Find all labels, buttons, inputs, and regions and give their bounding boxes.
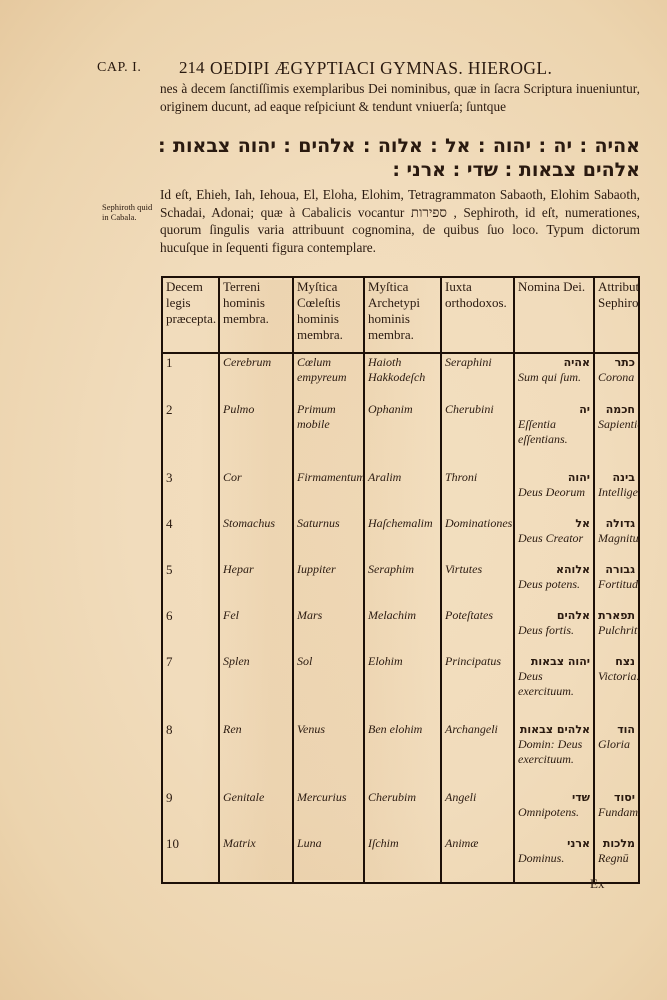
- sephira-latin: Fortitudo: [598, 577, 639, 591]
- archetypi-membrum: Aralim: [364, 469, 441, 515]
- divine-name-hebrew: יהוה: [518, 470, 590, 485]
- table-row: 6FelMarsMelachimPoteſtatesאלהיםDeus fort…: [162, 607, 639, 653]
- sephira-hebrew: כתר: [598, 355, 635, 370]
- divine-name-latin: Deus Deorum: [518, 485, 585, 499]
- sephira-hebrew: חכמה: [598, 402, 635, 417]
- archetypi-membrum: Elohim: [364, 653, 441, 721]
- divine-name-hebrew: אלהים: [518, 608, 590, 623]
- orthodoxos-order: Dominationes: [441, 515, 514, 561]
- orthodoxos-order: Seraphini: [441, 353, 514, 401]
- coelestis-membrum: Mercurius: [293, 789, 364, 835]
- sephira-hebrew: נצח: [598, 654, 635, 669]
- orthodoxos-order: Cherubini: [441, 401, 514, 469]
- archetypi-membrum: Iſchim: [364, 835, 441, 883]
- terreni-membrum: Genitale: [219, 789, 293, 835]
- coelestis-membrum: Primum mobile: [293, 401, 364, 469]
- archetypi-membrum: Haſchemalim: [364, 515, 441, 561]
- archetypi-membrum: Haioth Hakkodeſch: [364, 353, 441, 401]
- coelestis-membrum: Venus: [293, 721, 364, 789]
- praeceptum-number: 7: [162, 653, 219, 721]
- catchword: Ex: [590, 876, 604, 892]
- coelestis-membrum: Firmamentum: [293, 469, 364, 515]
- sephira-latin: Corona: [598, 370, 634, 384]
- sephira-hebrew: גבורה: [598, 562, 635, 577]
- divine-name: ארניDominus.: [514, 835, 594, 883]
- running-head: CAP. I. 214 OEDIPI ÆGYPTIACI GYMNAS. HIE…: [97, 58, 657, 82]
- sephira-latin: Intelligentia.: [598, 485, 639, 499]
- divine-name-latin: Sum qui ſum.: [518, 370, 581, 384]
- divine-name-hebrew: שדי: [518, 790, 590, 805]
- terreni-membrum: Pulmo: [219, 401, 293, 469]
- divine-name-latin: Domin: Deus exercituum.: [518, 737, 582, 766]
- praeceptum-number: 8: [162, 721, 219, 789]
- divine-name-latin: Eſſentia eſſentians.: [518, 417, 568, 446]
- sephira-attribute: גדולהMagnitudo: [594, 515, 639, 561]
- sephira-attribute: חכמהSapientia: [594, 401, 639, 469]
- archetypi-membrum: Cherubim: [364, 789, 441, 835]
- sephira-latin: Magnitudo: [598, 531, 639, 545]
- header-nomina-dei: Nomina Dei.: [514, 277, 594, 353]
- sephira-latin: Pulchritudo.: [598, 623, 639, 637]
- praeceptum-number: 2: [162, 401, 219, 469]
- divine-name-hebrew: ארני: [518, 836, 590, 851]
- divine-name: אלDeus Creator: [514, 515, 594, 561]
- table-row: 7SplenSolElohimPrincipatusיהוה צבאותDeus…: [162, 653, 639, 721]
- terreni-membrum: Stomachus: [219, 515, 293, 561]
- terreni-membrum: Fel: [219, 607, 293, 653]
- divine-name-hebrew: אהיה: [518, 355, 590, 370]
- divine-name: אלוהאDeus potens.: [514, 561, 594, 607]
- divine-name-latin: Omnipotens.: [518, 805, 579, 819]
- divine-name-latin: Deus fortis.: [518, 623, 574, 637]
- praeceptum-number: 4: [162, 515, 219, 561]
- coelestis-membrum: Luna: [293, 835, 364, 883]
- terreni-membrum: Splen: [219, 653, 293, 721]
- orthodoxos-order: Archangeli: [441, 721, 514, 789]
- praeceptum-number: 5: [162, 561, 219, 607]
- archetypi-membrum: Seraphim: [364, 561, 441, 607]
- table-body: 1CerebrumCœlum empyreumHaioth Hakkodeſch…: [162, 353, 639, 883]
- table-row: 2PulmoPrimum mobileOphanimCherubiniיהEſſ…: [162, 401, 639, 469]
- table-row: 10MatrixLunaIſchimAnimæארניDominus.מלכות…: [162, 835, 639, 883]
- divine-name: אלהיםDeus fortis.: [514, 607, 594, 653]
- sephira-hebrew: יסוד: [598, 790, 635, 805]
- archetypi-membrum: Ophanim: [364, 401, 441, 469]
- coelestis-membrum: Iuppiter: [293, 561, 364, 607]
- praeceptum-number: 6: [162, 607, 219, 653]
- archetypi-membrum: Ben elohim: [364, 721, 441, 789]
- praeceptum-number: 3: [162, 469, 219, 515]
- sephiroth-table-wrap: Decem legis præcepta. Terreni hominis me…: [161, 276, 638, 884]
- archetypi-membrum: Melachim: [364, 607, 441, 653]
- divine-name: יהוה צבאותDeus exercituum.: [514, 653, 594, 721]
- table-row: 4StomachusSaturnusHaſchemalimDominatione…: [162, 515, 639, 561]
- table-row: 9GenitaleMercuriusCherubimAngeliשדיOmnip…: [162, 789, 639, 835]
- divine-name-hebrew: אלוהא: [518, 562, 590, 577]
- coelestis-membrum: Cœlum empyreum: [293, 353, 364, 401]
- divine-name-latin: Deus Creator: [518, 531, 583, 545]
- sephira-hebrew: הוד: [598, 722, 635, 737]
- orthodoxos-order: Virtutes: [441, 561, 514, 607]
- table-row: 8RenVenusBen elohimArchangeliאלהים צבאות…: [162, 721, 639, 789]
- sephira-hebrew: תפארת: [598, 608, 635, 623]
- divine-name-latin: Dominus.: [518, 851, 564, 865]
- table-row: 5HeparIuppiterSeraphimVirtutesאלוהאDeus …: [162, 561, 639, 607]
- sephira-attribute: כתרCorona: [594, 353, 639, 401]
- sephira-latin: Fundamentū: [598, 805, 639, 819]
- header-orthodoxos: Iuxta orthodoxos.: [441, 277, 514, 353]
- praeceptum-number: 10: [162, 835, 219, 883]
- terreni-membrum: Ren: [219, 721, 293, 789]
- praeceptum-number: 9: [162, 789, 219, 835]
- terreni-membrum: Cor: [219, 469, 293, 515]
- page-number: 214: [179, 58, 205, 78]
- table-row: 3CorFirmamentumAralimThroniיהוהDeus Deor…: [162, 469, 639, 515]
- table-header-row: Decem legis præcepta. Terreni hominis me…: [162, 277, 639, 353]
- praeceptum-number: 1: [162, 353, 219, 401]
- sephira-attribute: נצחVictoria.: [594, 653, 639, 721]
- divine-name-hebrew: אלהים צבאות: [518, 722, 590, 737]
- header-archetypi: Myſtica Archetypi hominis membra.: [364, 277, 441, 353]
- sephira-attribute: גבורהFortitudo: [594, 561, 639, 607]
- header-coelestis: Myſtica Cœleſtis hominis membra.: [293, 277, 364, 353]
- divine-name: יהוהDeus Deorum: [514, 469, 594, 515]
- hebrew-divine-names: אהיה : יה : יהוה : אל : אלוה : אלהים : י…: [158, 134, 640, 182]
- divine-name: שדיOmnipotens.: [514, 789, 594, 835]
- sephira-latin: Victoria.: [598, 669, 639, 683]
- sephira-attribute: בינהIntelligentia.: [594, 469, 639, 515]
- divine-name-hebrew: יה: [518, 402, 590, 417]
- margin-note: Sephiroth quid in Cabala.: [102, 202, 154, 222]
- sephira-hebrew: בינה: [598, 470, 635, 485]
- orthodoxos-order: Throni: [441, 469, 514, 515]
- sephira-latin: Sapientia: [598, 417, 639, 431]
- divine-name-hebrew: אל: [518, 516, 590, 531]
- sephira-hebrew: גדולה: [598, 516, 635, 531]
- sephiroth-table: Decem legis præcepta. Terreni hominis me…: [161, 276, 640, 884]
- paragraph-intro: nes à decem ſanctiſſimis exemplaribus De…: [160, 80, 640, 115]
- header-terreni: Terreni hominis membra.: [219, 277, 293, 353]
- sephira-latin: Gloria: [598, 737, 630, 751]
- coelestis-membrum: Mars: [293, 607, 364, 653]
- sephira-hebrew: מלכות: [598, 836, 635, 851]
- divine-name: אהיהSum qui ſum.: [514, 353, 594, 401]
- divine-name-latin: Deus potens.: [518, 577, 580, 591]
- coelestis-membrum: Saturnus: [293, 515, 364, 561]
- divine-name-latin: Deus exercituum.: [518, 669, 574, 698]
- divine-name-hebrew: יהוה צבאות: [518, 654, 590, 669]
- sephira-latin: Regnū: [598, 851, 629, 865]
- coelestis-membrum: Sol: [293, 653, 364, 721]
- table-row: 1CerebrumCœlum empyreumHaioth Hakkodeſch…: [162, 353, 639, 401]
- terreni-membrum: Cerebrum: [219, 353, 293, 401]
- orthodoxos-order: Animæ: [441, 835, 514, 883]
- sephira-attribute: תפארתPulchritudo.: [594, 607, 639, 653]
- sephira-attribute: יסודFundamentū: [594, 789, 639, 835]
- divine-name: יהEſſentia eſſentians.: [514, 401, 594, 469]
- orthodoxos-order: Principatus: [441, 653, 514, 721]
- paragraph-sephiroth: Id eſt, Ehieh, Iah, Iehoua, El, Eloha, E…: [160, 186, 640, 256]
- header-praecepta: Decem legis præcepta.: [162, 277, 219, 353]
- orthodoxos-order: Poteſtates: [441, 607, 514, 653]
- divine-name: אלהים צבאותDomin: Deus exercituum.: [514, 721, 594, 789]
- running-title: OEDIPI ÆGYPTIACI GYMNAS. HIEROGL.: [210, 58, 552, 79]
- chapter-label: CAP. I.: [97, 60, 141, 76]
- terreni-membrum: Matrix: [219, 835, 293, 883]
- orthodoxos-order: Angeli: [441, 789, 514, 835]
- terreni-membrum: Hepar: [219, 561, 293, 607]
- sephira-attribute: הודGloria: [594, 721, 639, 789]
- header-attributa: Attributa Sephiroth.: [594, 277, 639, 353]
